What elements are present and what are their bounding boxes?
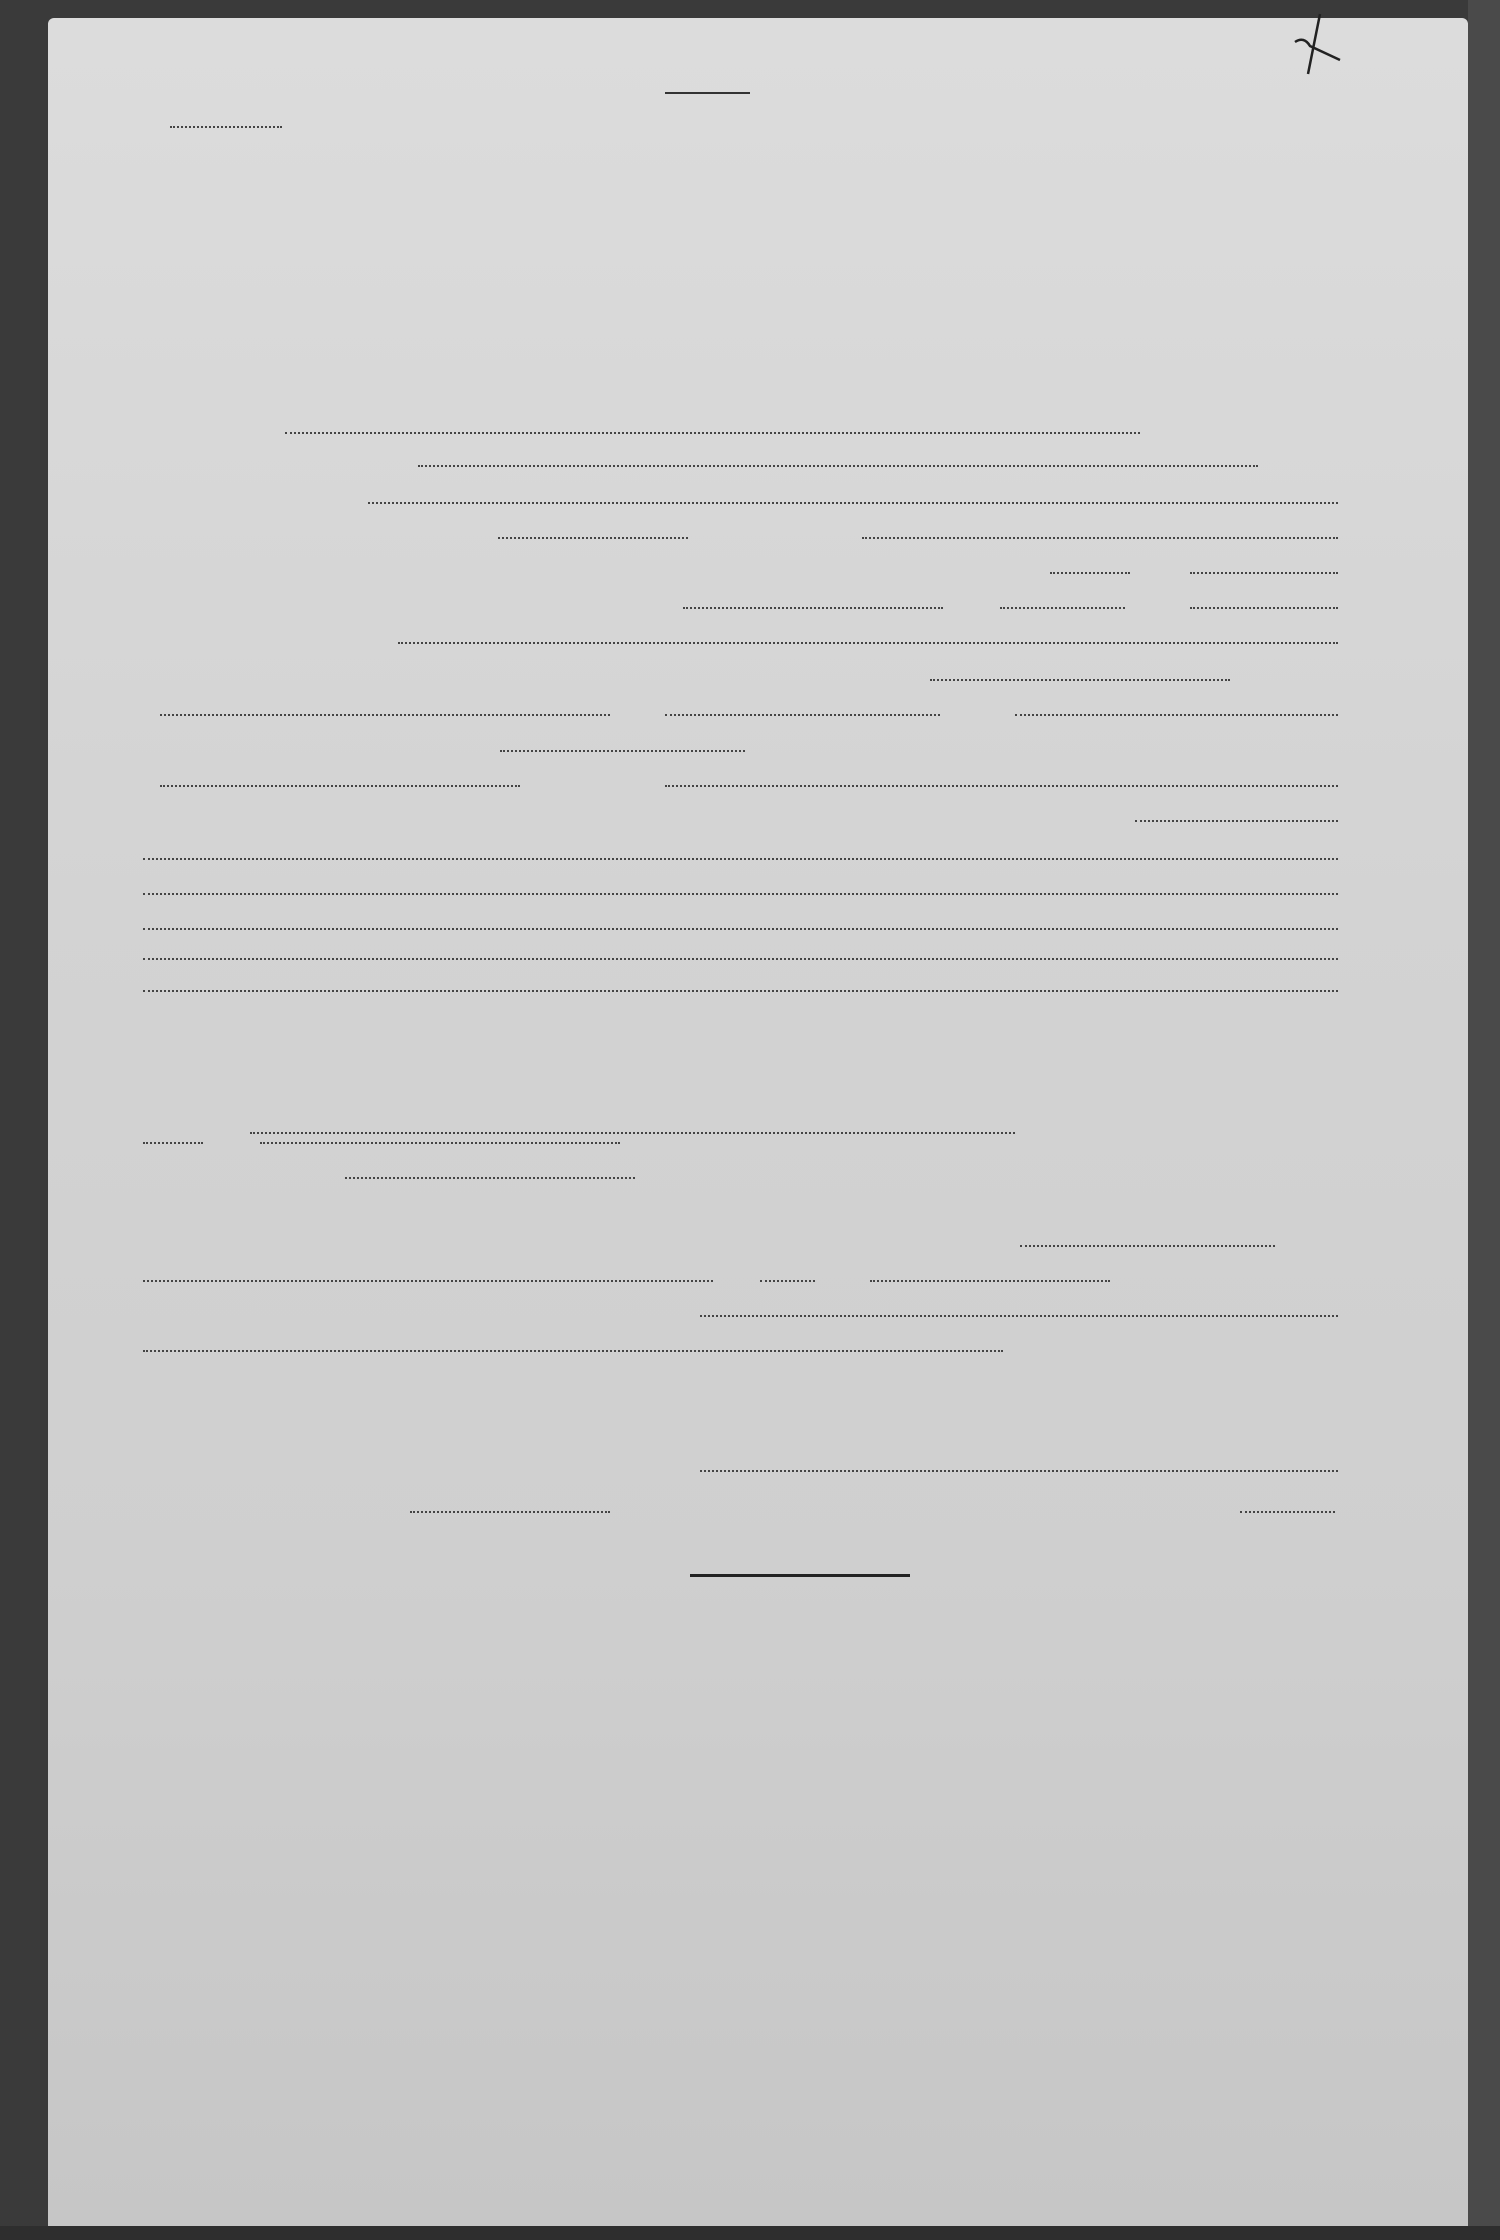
line xyxy=(1190,572,1338,574)
line xyxy=(143,990,1338,992)
line xyxy=(368,502,1338,504)
line xyxy=(398,642,1338,644)
line xyxy=(862,537,1338,539)
line xyxy=(345,1177,635,1179)
line xyxy=(1015,714,1338,716)
checkmark-annotation-icon xyxy=(1290,12,1350,82)
line xyxy=(665,714,940,716)
line xyxy=(700,1315,1338,1317)
line xyxy=(143,1280,713,1282)
line xyxy=(1190,607,1338,609)
line xyxy=(143,1142,203,1144)
line xyxy=(143,893,1338,895)
line xyxy=(143,958,1338,960)
document-page xyxy=(48,18,1468,2230)
line xyxy=(1020,1245,1275,1247)
arc-title xyxy=(300,110,1250,300)
scan-right-border xyxy=(1468,0,1500,2240)
line xyxy=(410,1511,610,1513)
line xyxy=(143,928,1338,930)
line xyxy=(143,858,1338,860)
line xyxy=(285,432,1140,434)
line xyxy=(700,1470,1338,1472)
line xyxy=(1050,572,1130,574)
section-rule xyxy=(690,1574,910,1577)
line xyxy=(870,1280,1110,1282)
line xyxy=(500,750,745,752)
line xyxy=(760,1280,815,1282)
line xyxy=(160,785,520,787)
line xyxy=(250,1132,1015,1134)
line xyxy=(930,679,1230,681)
scan-bottom-border xyxy=(0,2226,1500,2240)
line xyxy=(1000,607,1125,609)
line xyxy=(143,1350,1003,1352)
line xyxy=(1240,1511,1335,1513)
number-line xyxy=(170,126,282,128)
line xyxy=(260,1142,620,1144)
line xyxy=(665,785,1338,787)
line xyxy=(498,537,688,539)
line xyxy=(418,465,1258,467)
line xyxy=(1135,820,1338,822)
line xyxy=(160,714,610,716)
header-rule xyxy=(665,92,750,94)
line xyxy=(683,607,943,609)
